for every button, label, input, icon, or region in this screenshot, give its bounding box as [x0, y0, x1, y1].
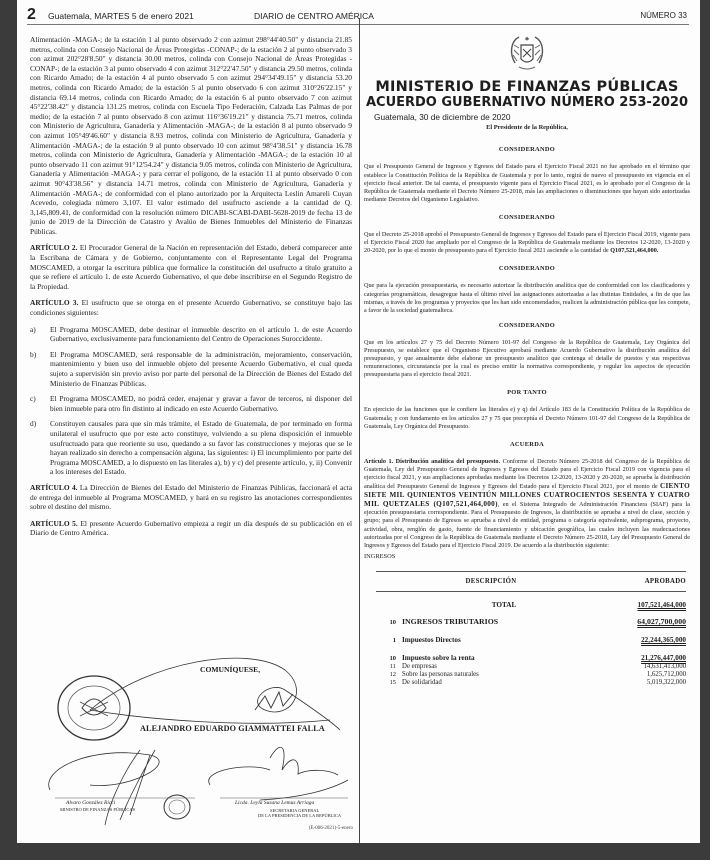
article-4: ARTÍCULO 4. La Dirección de Bienes del E… — [30, 483, 352, 512]
condition-item: c)El Programa MOSCAMED, no podrá ceder, … — [30, 394, 352, 413]
presidential-seal-icon — [58, 676, 130, 740]
column-header-approved: APROBADO — [606, 578, 686, 586]
page-header: 2 Guatemala, MARTES 5 de enero 2021 DIAR… — [27, 6, 689, 25]
budget-table: DESCRIPCIÓN APROBADO TOTAL107,521,464,00… — [376, 571, 686, 686]
row-amount: 21,276,447,000 — [596, 654, 686, 662]
newspaper-page: 2 Guatemala, MARTES 5 de enero 2021 DIAR… — [17, 0, 700, 843]
row-description: Impuesto sobre la renta — [402, 654, 596, 662]
minister-name: Alvaro González Ricci — [66, 800, 115, 806]
secretary-role-org: DE LA PRESIDENCIA DE LA REPÚBLICA — [258, 813, 341, 818]
considerando-heading: CONSIDERANDO — [364, 322, 690, 330]
condition-text: El Programa MOSCAMED, no podrá ceder, en… — [50, 394, 352, 413]
row-code: 10 — [376, 655, 396, 663]
table-row: 10INGRESOS TRIBUTARIOS64,027,700,000 — [376, 618, 686, 627]
condition-text: El Programa MOSCAMED, será responsable d… — [50, 350, 352, 388]
condition-label: c) — [30, 394, 50, 413]
article-2-title: ARTÍCULO 2. — [30, 243, 77, 252]
considerando-1: Que el Presupuesto General de Ingresos y… — [364, 163, 690, 203]
row-amount: 1,625,712,000 — [596, 671, 686, 679]
row-code: 15 — [376, 679, 396, 687]
table-row: 11De empresas14,631,413,000 — [376, 663, 686, 671]
row-amount: 14,631,413,000 — [596, 663, 686, 671]
president-name: ALEJANDRO EDUARDO GIAMMATTEI FALLA — [140, 724, 325, 733]
article-5-title: ARTÍCULO 5. — [30, 519, 78, 528]
article-1: Artículo 1. Distribución analítica del p… — [364, 458, 690, 550]
table-row: 1Impuestos Directos22,244,365,000 — [376, 636, 686, 645]
condition-label: d) — [30, 419, 50, 477]
page-number: 2 — [27, 6, 36, 24]
article-1-title: Artículo 1. Distribución analítica del p… — [364, 458, 500, 465]
table-row: TOTAL107,521,464,000 — [376, 601, 686, 609]
article-2-text: El Procurador General de la Nación en re… — [30, 243, 352, 290]
table-row: 10Impuesto sobre la renta21,276,447,000 — [376, 654, 686, 663]
row-description: Sobre las personas naturales — [402, 671, 596, 679]
row-description: De solidaridad — [402, 679, 596, 687]
condition-label: a) — [30, 325, 50, 344]
row-amount: 107,521,464,000 — [596, 601, 686, 609]
row-code: 12 — [376, 671, 396, 679]
ministry-title: MINISTERIO DE FINANZAS PÚBLICAS — [364, 83, 690, 91]
column-header-description: DESCRIPCIÓN — [376, 578, 606, 586]
boundary-description: Alimentación -MAGA-; de la estación 1 al… — [30, 35, 352, 236]
ingresos-label: INGRESOS — [364, 553, 690, 561]
right-column: MINISTERIO DE FINANZAS PÚBLICAS ACUERDO … — [364, 30, 690, 686]
article-3-title: ARTÍCULO 3. — [30, 298, 78, 307]
row-description: Impuestos Directos — [402, 636, 596, 644]
condition-item: b)El Programa MOSCAMED, será responsable… — [30, 350, 352, 388]
table-row: 12Sobre las personas naturales1,625,712,… — [376, 671, 686, 679]
por-tanto-heading: POR TANTO — [364, 389, 690, 397]
considerando-heading: CONSIDERANDO — [364, 146, 690, 154]
considerando-heading: CONSIDERANDO — [364, 214, 690, 222]
table-row: 15De solidaridad5,019,322,000 — [376, 679, 686, 687]
row-description: De empresas — [402, 663, 596, 671]
place-date: Guatemala, 30 de diciembre de 2020 — [374, 113, 690, 121]
issue-number: NÚMERO 33 — [640, 11, 687, 20]
considerando-4: Que en los artículos 27 y 75 del Decreto… — [364, 339, 690, 379]
article-4-text: La Dirección de Bienes del Estado del Mi… — [30, 483, 352, 511]
article-4-title: ARTÍCULO 4. — [30, 483, 78, 492]
left-column: Alimentación -MAGA-; de la estación 1 al… — [30, 35, 352, 545]
article-3: ARTÍCULO 3. El usufructo que se otorga e… — [30, 298, 352, 317]
article-2: ARTÍCULO 2. El Procurador General de la … — [30, 243, 352, 291]
article-5-text: El presente Acuerdo Gubernativo empieza … — [30, 519, 352, 538]
row-amount: 22,244,365,000 — [596, 636, 686, 644]
condition-item: d)Constituyen causales para que sin más … — [30, 419, 352, 477]
article-5: ARTÍCULO 5. El presente Acuerdo Gubernat… — [30, 519, 352, 538]
row-code: 1 — [376, 637, 396, 645]
header-date: Guatemala, MARTES 5 de enero 2021 — [48, 11, 194, 21]
budget-amount: Q107,521,464,000. — [610, 247, 658, 254]
considerando-heading: CONSIDERANDO — [364, 265, 690, 273]
president-line: El Presidente de la República, — [364, 124, 690, 132]
row-code: 10 — [376, 619, 396, 627]
column-divider — [359, 18, 360, 843]
considerando-3: Que para la ejecución presupuestaria, es… — [364, 282, 690, 314]
coat-of-arms-icon — [507, 33, 547, 75]
signature-block: COMUNÍQUESE, ALEJANDRO EDUARDO GIAMMATTE… — [30, 650, 355, 840]
row-description: TOTAL — [402, 601, 596, 609]
reference-code: (E-006-2021)-5-enero — [309, 826, 353, 831]
por-tanto-text: En ejercicio de las funciones que le con… — [364, 406, 690, 430]
minister-role: MINISTRO DE FINANZAS PÚBLICAS — [60, 807, 135, 812]
row-description: INGRESOS TRIBUTARIOS — [402, 618, 596, 626]
newspaper-name: DIARIO de CENTRO AMÉRICA — [254, 11, 374, 21]
comuniquese-label: COMUNÍQUESE, — [200, 665, 260, 674]
agreement-title: ACUERDO GUBERNATIVO NÚMERO 253-2020 — [364, 99, 690, 107]
condition-label: b) — [30, 350, 50, 388]
article-1-text-cont: , en el Sistema Integrado de Administrac… — [364, 501, 690, 548]
row-amount: 5,019,322,000 — [596, 679, 686, 687]
article-3-text: El usufructo que se otorga en el present… — [30, 298, 352, 317]
condition-text: Constituyen causales para que sin más tr… — [50, 419, 352, 477]
secretary-name: Licda. Leyla Susana Lemus Arriaga — [235, 800, 314, 806]
condition-text: El Programa MOSCAMED, debe destinar el i… — [50, 325, 352, 344]
condition-item: a)El Programa MOSCAMED, debe destinar el… — [30, 325, 352, 344]
table-header: DESCRIPCIÓN APROBADO — [376, 571, 686, 592]
row-code: 11 — [376, 663, 396, 671]
table-body: TOTAL107,521,464,00010INGRESOS TRIBUTARI… — [376, 601, 686, 686]
considerando-2: Que el Decreto 25-2018 aprobó el Presupu… — [364, 231, 690, 255]
row-amount: 64,027,700,000 — [596, 618, 686, 626]
acuerda-heading: ACUERDA — [364, 441, 690, 449]
